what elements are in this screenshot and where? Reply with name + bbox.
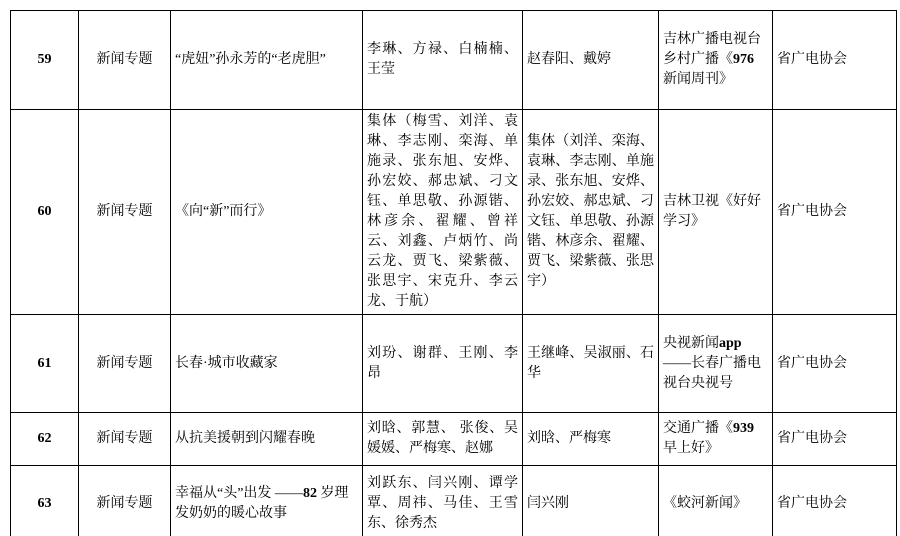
cell-category: 新闻专题 [79,110,171,315]
document-page: 59新闻专题“虎妞”孙永芳的“老虎胆”李琳、方禄、白楠楠、王莹赵春阳、戴婷吉林广… [0,0,900,536]
cell-category: 新闻专题 [79,315,171,413]
cell-main-creators: 刘跃东、闫兴刚、谭学覃、周祎、马佳、王雪东、徐秀杰 [363,466,523,536]
cell-main-creators: 李琳、方禄、白楠楠、王莹 [363,11,523,110]
awards-table-body: 59新闻专题“虎妞”孙永芳的“老虎胆”李琳、方禄、白楠楠、王莹赵春阳、戴婷吉林广… [11,11,897,536]
cell-entry-number: 63 [11,466,79,536]
cell-main-creators: 刘玢、谢群、王刚、李昂 [363,315,523,413]
cell-recommender: 省广电协会 [773,315,897,413]
cell-broadcast-outlet: 交通广播《939 早上好》 [659,413,773,466]
cell-broadcast-outlet: 央视新闻app——长春广播电视台央视号 [659,315,773,413]
table-row: 61新闻专题长春·城市收藏家刘玢、谢群、王刚、李昂王继峰、吴淑丽、石华央视新闻a… [11,315,897,413]
table-row: 59新闻专题“虎妞”孙永芳的“老虎胆”李琳、方禄、白楠楠、王莹赵春阳、戴婷吉林广… [11,11,897,110]
cell-broadcast-outlet: 吉林广播电视台乡村广播《976 新闻周刊》 [659,11,773,110]
table-row: 62新闻专题从抗美援朝到闪耀春晚刘晗、郭慧、 张俊、吴媛媛、严梅寒、赵娜刘晗、严… [11,413,897,466]
cell-editors: 闫兴刚 [523,466,659,536]
cell-entry-number: 60 [11,110,79,315]
cell-editors: 集体（刘洋、栾海、袁琳、李志刚、单施录、张东旭、安烨、孙宏姣、郝忠斌、刁文钰、单… [523,110,659,315]
cell-category: 新闻专题 [79,466,171,536]
cell-entry-number: 62 [11,413,79,466]
cell-category: 新闻专题 [79,413,171,466]
cell-broadcast-outlet: 吉林卫视《好好学习》 [659,110,773,315]
cell-title: 从抗美援朝到闪耀春晚 [171,413,363,466]
cell-editors: 刘晗、严梅寒 [523,413,659,466]
cell-broadcast-outlet: 《蛟河新闻》 [659,466,773,536]
cell-main-creators: 刘晗、郭慧、 张俊、吴媛媛、严梅寒、赵娜 [363,413,523,466]
cell-recommender: 省广电协会 [773,110,897,315]
cell-category: 新闻专题 [79,11,171,110]
cell-entry-number: 59 [11,11,79,110]
cell-main-creators: 集体（梅雪、刘洋、袁琳、李志刚、栾海、单施录、张东旭、安烨、孙宏姣、郝忠斌、刁文… [363,110,523,315]
cell-editors: 赵春阳、戴婷 [523,11,659,110]
table-row: 60新闻专题《向“新”而行》集体（梅雪、刘洋、袁琳、李志刚、栾海、单施录、张东旭… [11,110,897,315]
cell-title: “虎妞”孙永芳的“老虎胆” [171,11,363,110]
cell-entry-number: 61 [11,315,79,413]
table-row: 63新闻专题幸福从“头”出发 ——82 岁理发奶奶的暖心故事刘跃东、闫兴刚、谭学… [11,466,897,536]
cell-title: 长春·城市收藏家 [171,315,363,413]
cell-title: 幸福从“头”出发 ——82 岁理发奶奶的暖心故事 [171,466,363,536]
cell-editors: 王继峰、吴淑丽、石华 [523,315,659,413]
cell-recommender: 省广电协会 [773,466,897,536]
cell-title: 《向“新”而行》 [171,110,363,315]
cell-recommender: 省广电协会 [773,11,897,110]
awards-table: 59新闻专题“虎妞”孙永芳的“老虎胆”李琳、方禄、白楠楠、王莹赵春阳、戴婷吉林广… [10,10,897,536]
cell-recommender: 省广电协会 [773,413,897,466]
